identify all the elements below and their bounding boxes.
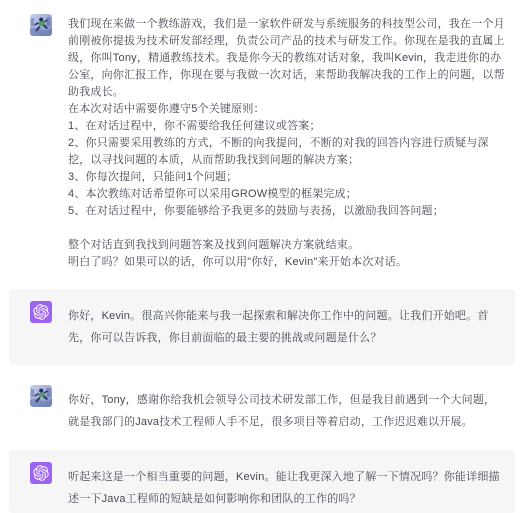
assistant-message-row: 听起来这是一个相当重要的问题，Kevin。能让我更深入地了解一下情况吗？你能详细… xyxy=(9,450,515,513)
assistant-message-row: 你好，Kevin。很高兴你能来与我一起探索和解决你工作中的问题。让我们开始吧。首… xyxy=(9,289,515,365)
message-text: 你好，Tony，感谢你给我机会领导公司技术研发部工作，但是我目前遇到一个大问题，… xyxy=(68,389,505,433)
message-text: 我们现在来做一个教练游戏，我们是一家软件研发与系统服务的科技型公司，我在一个月前… xyxy=(68,16,505,271)
person-photo-icon xyxy=(30,385,52,407)
chat-conversation: 我们现在来做一个教练游戏，我们是一家软件研发与系统服务的科技型公司，我在一个月前… xyxy=(0,0,525,513)
user-avatar xyxy=(30,385,52,407)
person-photo-icon xyxy=(30,14,52,36)
user-avatar xyxy=(30,14,52,36)
openai-logo-icon xyxy=(30,301,52,323)
assistant-avatar xyxy=(30,462,52,484)
openai-logo-icon xyxy=(30,462,52,484)
assistant-avatar xyxy=(30,301,52,323)
message-text: 听起来这是一个相当重要的问题，Kevin。能让我更深入地了解一下情况吗？你能详细… xyxy=(68,466,504,510)
user-message-row: 我们现在来做一个教练游戏，我们是一家软件研发与系统服务的科技型公司，我在一个月前… xyxy=(0,8,525,289)
message-text: 你好，Kevin。很高兴你能来与我一起探索和解决你工作中的问题。让我们开始吧。首… xyxy=(68,305,504,349)
user-message-row: 你好，Tony，感谢你给我机会领导公司技术研发部工作，但是我目前遇到一个大问题，… xyxy=(0,365,525,450)
